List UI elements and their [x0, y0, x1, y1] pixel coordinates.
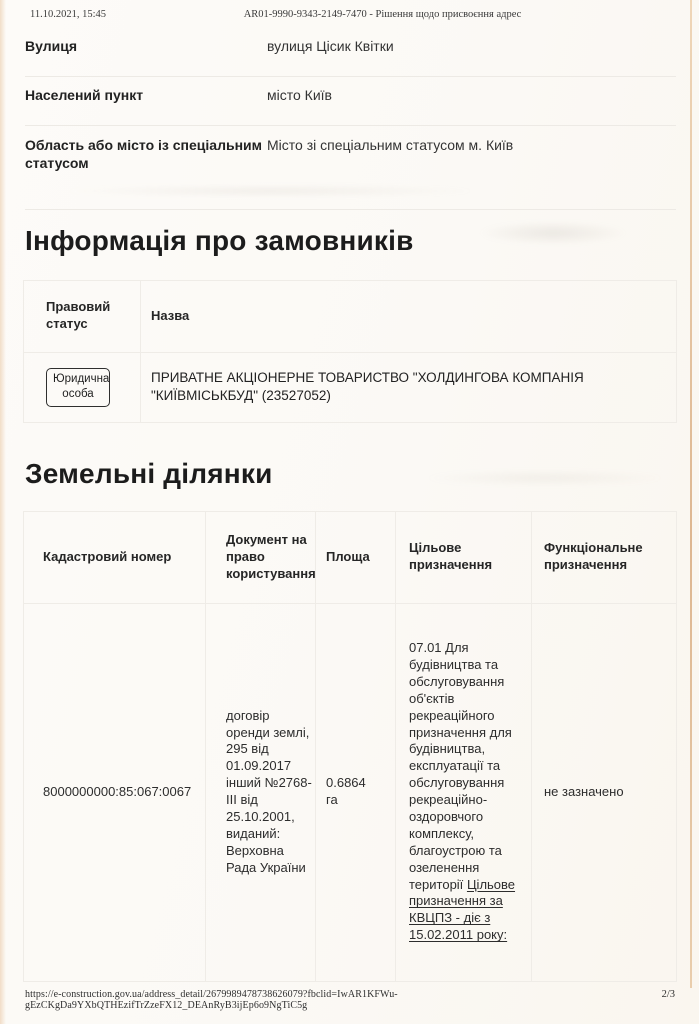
customers-table-row: Юридична особа ПРИВАТНЕ АКЦІОНЕРНЕ ТОВАР… [24, 352, 677, 422]
land-plots-table: Кадастровий номер Документ на право кори… [23, 511, 677, 982]
customer-name: ПРИВАТНЕ АКЦІОНЕРНЕ ТОВАРИСТВО "ХОЛДИНГО… [151, 370, 584, 403]
field-value-region: Місто зі спеціальним статусом м. Київ [267, 137, 676, 172]
column-header-cadastral-number: Кадастровий номер [24, 511, 206, 603]
purpose-text: 07.01 Для будівництва та обслуговування … [409, 640, 512, 891]
cadastral-number-cell: 8000000000:85:067:0067 [24, 603, 206, 981]
column-header-name: Назва [141, 280, 677, 352]
land-table-row: 8000000000:85:067:0067 договір оренди зе… [24, 603, 677, 981]
print-header: 11.10.2021, 15:45 AR01-9990-9343-2149-74… [30, 9, 671, 23]
legal-status-badge: Юридична особа [46, 368, 110, 406]
legal-status-cell: Юридична особа [24, 352, 141, 422]
customer-name-cell: ПРИВАТНЕ АКЦІОНЕРНЕ ТОВАРИСТВО "ХОЛДИНГО… [141, 352, 677, 422]
column-header-functional-purpose: Функціональне призначення [532, 511, 677, 603]
customers-table: Правовий статус Назва Юридична особа ПРИ… [23, 280, 677, 423]
field-row-street: Вулиця вулиця Цісик Квітки [25, 32, 676, 77]
land-plots-heading: Земельні ділянки [25, 459, 699, 490]
field-value-settlement: місто Київ [267, 87, 676, 105]
functional-purpose-cell: не зазначено [532, 603, 677, 981]
field-label-street: Вулиця [25, 38, 267, 56]
document-content: Вулиця вулиця Цісик Квітки Населений пун… [0, 32, 699, 982]
print-footer: https://e-construction.gov.ua/address_de… [25, 989, 675, 1011]
column-header-document: Документ на право користування [206, 511, 316, 603]
field-row-settlement: Населений пункт місто Київ [25, 77, 676, 127]
customers-table-header-row: Правовий статус Назва [24, 280, 677, 352]
scan-paper-edge-left [0, 0, 6, 1024]
cadastral-number: 8000000000:85:067:0067 [43, 784, 191, 799]
document-cell: договір оренди землі, 295 від 01.09.2017… [206, 603, 316, 981]
column-header-area: Площа [316, 511, 396, 603]
field-label-region: Область або місто із спеціальним статусо… [25, 137, 267, 172]
print-title: AR01-9990-9343-2149-7470 - Рішення щодо … [62, 9, 699, 20]
field-label-settlement: Населений пункт [25, 87, 267, 105]
print-page-number: 2/3 [662, 989, 675, 1000]
field-row-region: Область або місто із спеціальним статусо… [25, 126, 676, 210]
column-header-purpose: Цільове призначення [396, 511, 532, 603]
area-cell: 0.6864 га [316, 603, 396, 981]
column-header-legal-status: Правовий статус [24, 280, 141, 352]
scan-paper-edge-right [690, 0, 692, 988]
customers-heading: Інформація про замовників [25, 226, 699, 257]
field-value-street: вулиця Цісик Квітки [267, 38, 676, 56]
purpose-cell: 07.01 Для будівництва та обслуговування … [396, 603, 532, 981]
land-table-header-row: Кадастровий номер Документ на право кори… [24, 511, 677, 603]
print-footer-url: https://e-construction.gov.ua/address_de… [25, 989, 650, 1011]
document-page: 11.10.2021, 15:45 AR01-9990-9343-2149-74… [0, 0, 699, 1024]
